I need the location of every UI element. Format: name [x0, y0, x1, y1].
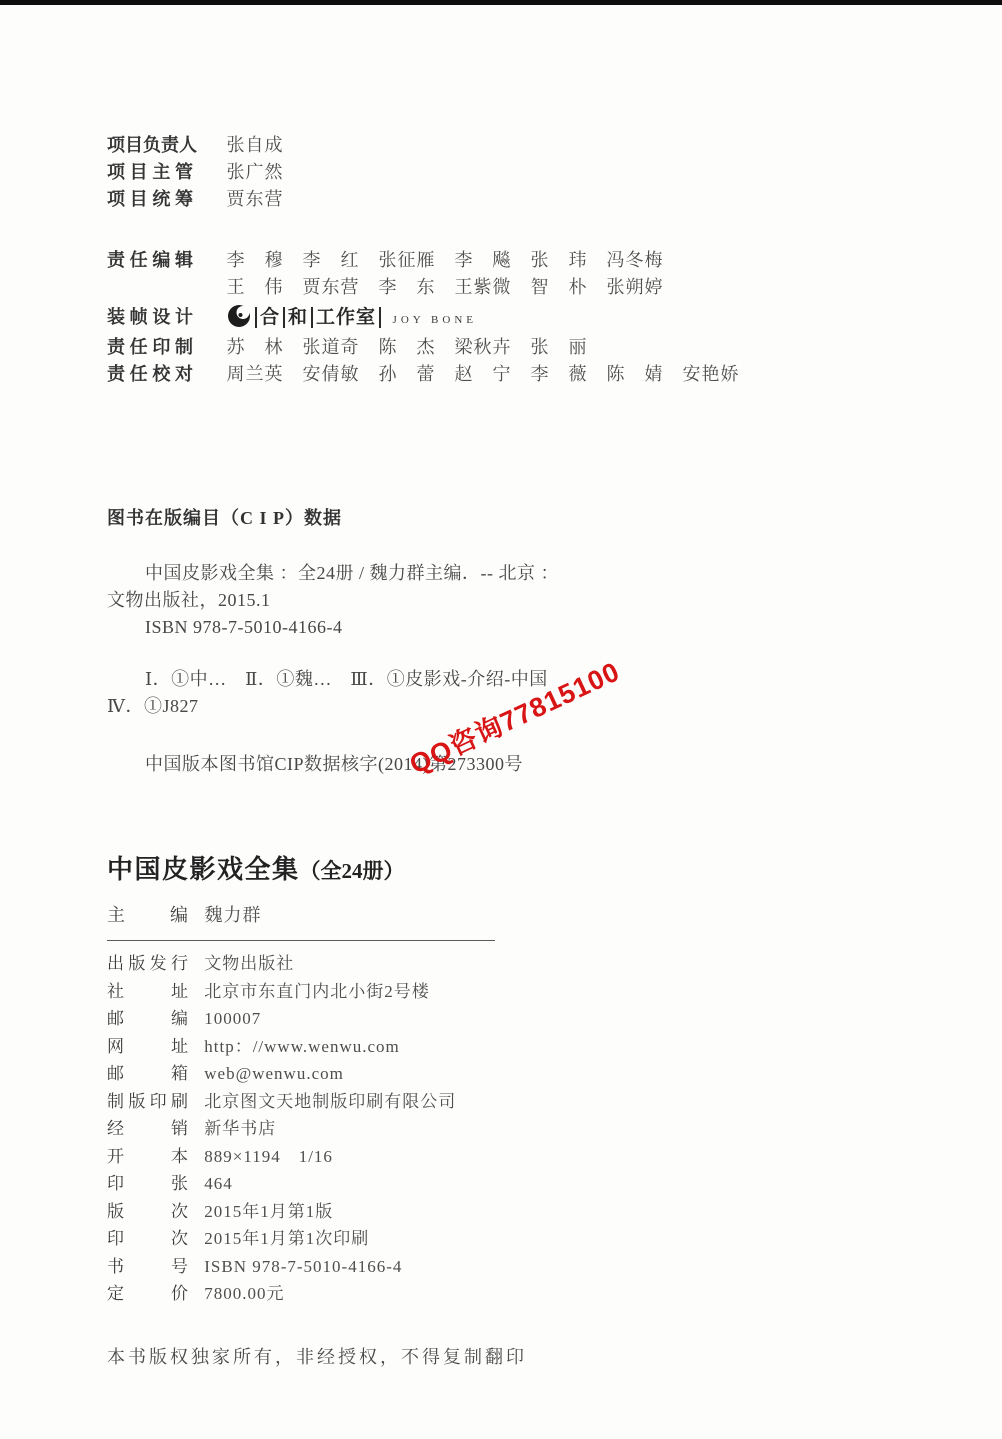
pub-value: 北京市东直门内北小街2号楼 [204, 982, 430, 1001]
editors-row-continued: 王 伟 贾东营 李 东 王紫微 智 朴 张朔婷 [107, 274, 740, 301]
pub-row: 制版印刷 北京图文天地制版印刷有限公司 [107, 1088, 456, 1116]
cip-isbn-line: ISBN 978-7-5010-4166-4 [107, 614, 559, 641]
staff-value: 张自成 [227, 135, 284, 155]
pub-value: web@wenwu.com [204, 1064, 344, 1083]
book-title-block: 中国皮影戏全集（全24册） 主编 魏力群 [107, 854, 507, 941]
chief-editor-name: 魏力群 [205, 905, 262, 925]
pub-value: 2015年1月第1次印刷 [204, 1229, 369, 1248]
pub-value: 464 [204, 1174, 233, 1193]
pub-label: 经销 [107, 1115, 188, 1143]
pub-label: 印张 [107, 1170, 188, 1198]
cip-title-line: 中国皮影戏全集 ：全24册 / 魏力群主编．-- 北京 ： [107, 560, 559, 587]
copyright-page: 项目负责人 张自成 项目主管 张广然 项目统筹 贾东营 责任编辑 李 穆 李 红… [0, 0, 1002, 1439]
staff-row: 项目主管 张广然 [107, 159, 284, 186]
cip-classification-line1: Ⅰ．①中… Ⅱ．①魏… Ⅲ．①皮影戏-介绍-中国 [107, 666, 559, 693]
staff-row: 项目统筹 贾东营 [107, 186, 284, 213]
book-title: 中国皮影戏全集（全24册） [107, 854, 507, 887]
pub-value: 文物出版社 [204, 954, 294, 973]
pub-row: 社址 北京市东直门内北小街2号楼 [107, 978, 456, 1006]
pub-row: 网址 http：//www.wenwu.com [107, 1033, 456, 1061]
pub-value: 北京图文天地制版印刷有限公司 [204, 1092, 456, 1111]
pub-label: 社址 [107, 978, 188, 1006]
pub-row: 邮编 100007 [107, 1005, 456, 1033]
proofreaders-label: 责任校对 [107, 361, 193, 388]
editorial-staff-block: 责任编辑 李 穆 李 红 张征雁 李 飚 张 玮 冯冬梅 王 伟 贾东营 李 东… [107, 247, 740, 388]
book-title-volumes: （全24册） [300, 859, 405, 883]
copyright-notice: 本书版权独家所有，非经授权，不得复制翻印 [107, 1344, 527, 1371]
pub-row: 邮箱 web@wenwu.com [107, 1060, 456, 1088]
printers-row: 责任印制 苏 林 张道奇 陈 杰 梁秋卉 张 丽 [107, 334, 740, 361]
publication-info-table: 出版发行 文物出版社 社址 北京市东直门内北小街2号楼 邮编 100007 网址… [107, 950, 456, 1308]
book-title-main: 中国皮影戏全集 [107, 855, 300, 884]
pub-value: ISBN 978-7-5010-4166-4 [204, 1257, 402, 1276]
design-label: 装帧设计 [107, 301, 193, 334]
studio-english-name: JOY BONE [393, 314, 477, 326]
pub-row: 版次 2015年1月第1版 [107, 1198, 456, 1226]
pub-label: 印次 [107, 1225, 188, 1253]
pub-label: 开本 [107, 1143, 188, 1171]
project-staff-block: 项目负责人 张自成 项目主管 张广然 项目统筹 贾东营 [107, 132, 284, 213]
pub-value: 新华书店 [204, 1119, 276, 1138]
printers-label: 责任印制 [107, 334, 193, 361]
pub-row: 开本 889×1194 1/16 [107, 1143, 456, 1171]
pub-value: 100007 [204, 1009, 261, 1028]
design-row: 装帧设计 合和工作室 JOY BONE [107, 301, 740, 334]
pub-label: 网址 [107, 1033, 188, 1061]
pub-row: 印张 464 [107, 1170, 456, 1198]
studio-logo: 合和工作室 JOY BONE [227, 301, 478, 337]
pub-label: 版次 [107, 1198, 188, 1226]
staff-value: 张广然 [227, 162, 284, 182]
pub-value: 889×1194 1/16 [204, 1147, 333, 1166]
pub-label: 邮编 [107, 1005, 188, 1033]
studio-name-part: 合 [255, 307, 283, 328]
staff-row: 项目负责人 张自成 [107, 132, 284, 159]
pub-value: 2015年1月第1版 [204, 1202, 333, 1221]
editors-row: 责任编辑 李 穆 李 红 张征雁 李 飚 张 玮 冯冬梅 [107, 247, 740, 274]
chief-editor-label: 主编 [107, 902, 188, 929]
printers-names: 苏 林 张道奇 陈 杰 梁秋卉 张 丽 [227, 337, 588, 357]
cip-block: 图书在版编目（C I P）数据 中国皮影戏全集 ：全24册 / 魏力群主编．--… [107, 505, 559, 778]
pub-row: 印次 2015年1月第1次印刷 [107, 1225, 456, 1253]
cip-record-number: 中国版本图书馆CIP数据核字(2014)第273300号 [107, 751, 559, 778]
editors-label: 责任编辑 [107, 247, 193, 274]
cip-publisher-line: 文物出版社，2015.1 [107, 587, 559, 614]
pub-value: http：//www.wenwu.com [204, 1037, 400, 1056]
pub-row: 经销 新华书店 [107, 1115, 456, 1143]
staff-value: 贾东营 [227, 189, 284, 209]
pub-label: 制版印刷 [107, 1088, 188, 1116]
cip-classification-line2: Ⅳ．①J827 [107, 693, 559, 720]
proofreaders-names: 周兰英 安倩敏 孙 蕾 赵 宁 李 薇 陈 婧 安艳娇 [227, 364, 740, 384]
pub-label: 出版发行 [107, 950, 188, 978]
chief-editor-row: 主编 魏力群 [107, 902, 507, 929]
proofreaders-row: 责任校对 周兰英 安倩敏 孙 蕾 赵 宁 李 薇 陈 婧 安艳娇 [107, 361, 740, 388]
studio-name-part: 和 [283, 307, 311, 328]
editors-names-line2: 王 伟 贾东营 李 东 王紫微 智 朴 张朔婷 [227, 277, 664, 297]
editors-names-line1: 李 穆 李 红 张征雁 李 飚 张 玮 冯冬梅 [227, 250, 664, 270]
crescent-moon-icon [227, 304, 251, 328]
pub-row: 出版发行 文物出版社 [107, 950, 456, 978]
pub-label: 书号 [107, 1253, 188, 1281]
staff-label: 项目统筹 [107, 186, 193, 213]
divider-rule [107, 940, 495, 941]
staff-label: 项目负责人 [107, 132, 193, 159]
pub-row: 定价 7800.00元 [107, 1280, 456, 1308]
pub-label: 邮箱 [107, 1060, 188, 1088]
pub-row: 书号 ISBN 978-7-5010-4166-4 [107, 1253, 456, 1281]
pub-value: 7800.00元 [204, 1284, 284, 1303]
staff-label: 项目主管 [107, 159, 193, 186]
page-top-edge [0, 0, 1002, 5]
cip-header: 图书在版编目（C I P）数据 [107, 505, 559, 532]
studio-name-part: 工作室 [311, 307, 381, 328]
pub-label: 定价 [107, 1280, 188, 1308]
